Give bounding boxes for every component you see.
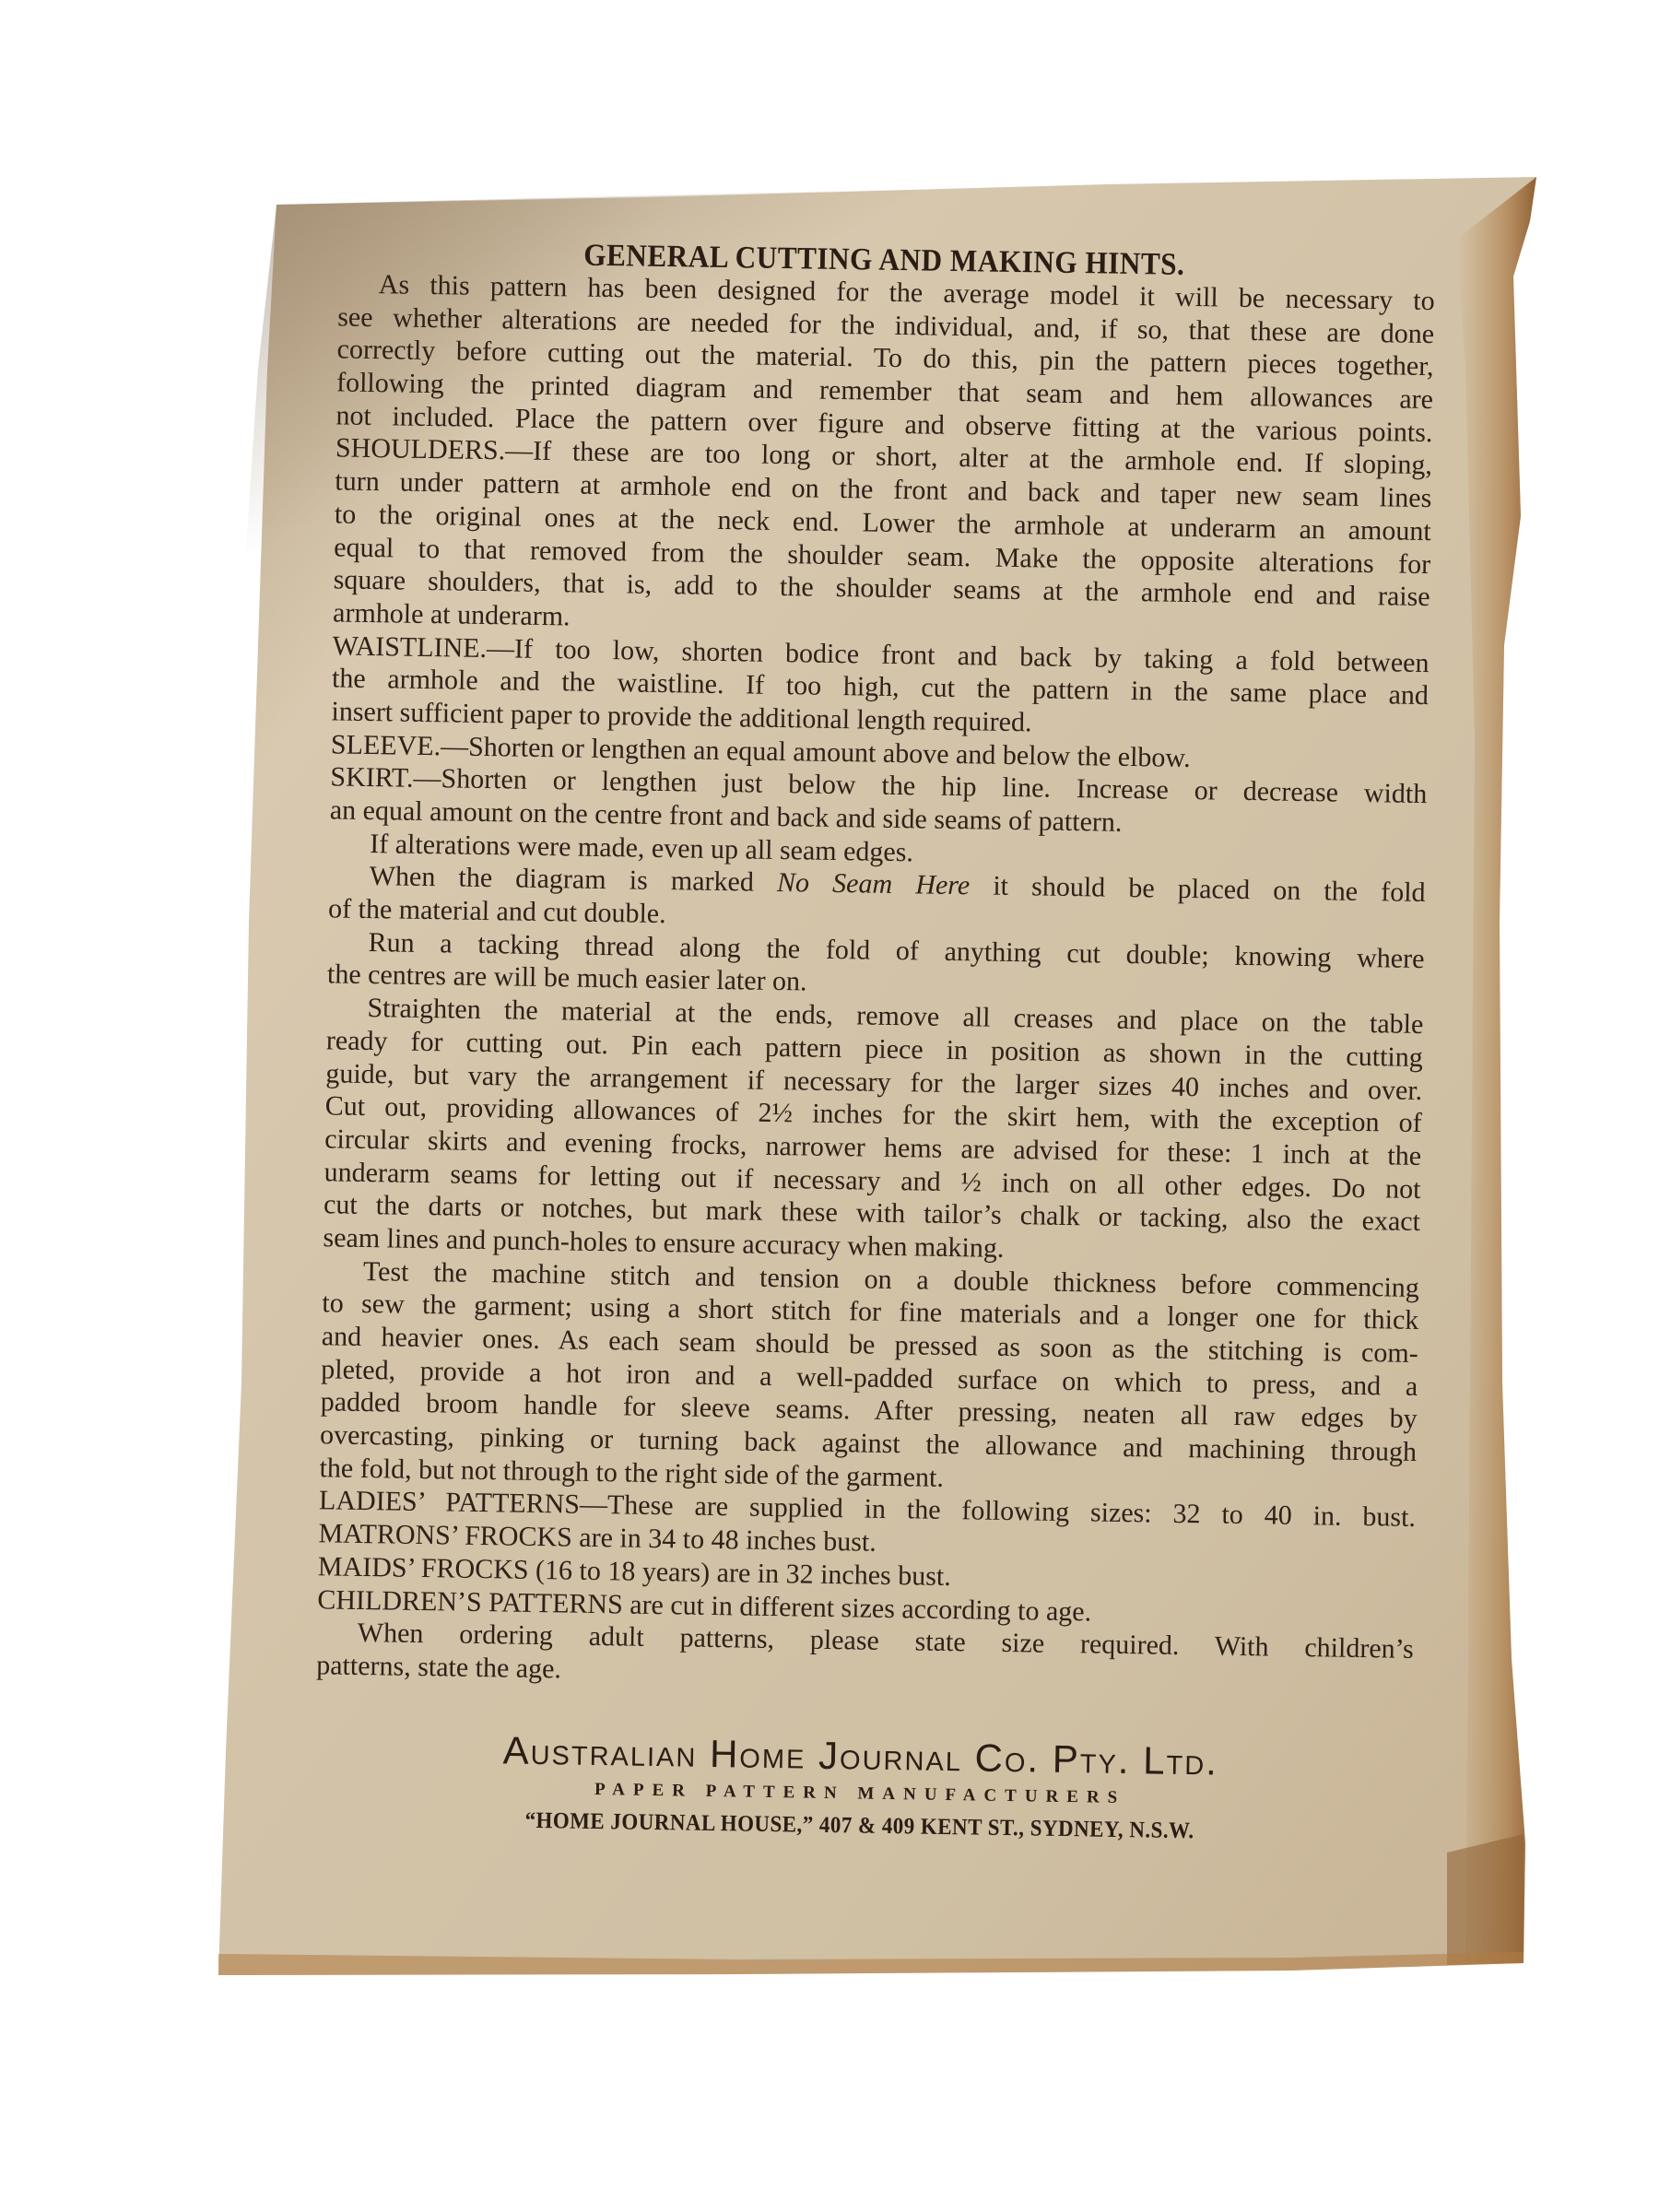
publisher-footer: Australian Home Journal Co. Pty. Ltd. PA… bbox=[288, 1725, 1432, 1848]
instructions-body: As this pattern has been designed for th… bbox=[316, 267, 1435, 1699]
document-page: GENERAL CUTTING AND MAKING HINTS. As thi… bbox=[288, 214, 1456, 1890]
company-address: “HOME JOURNAL HOUSE,” 407 & 409 KENT ST.… bbox=[334, 1806, 1385, 1848]
italic-phrase: No Seam Here bbox=[777, 867, 971, 900]
